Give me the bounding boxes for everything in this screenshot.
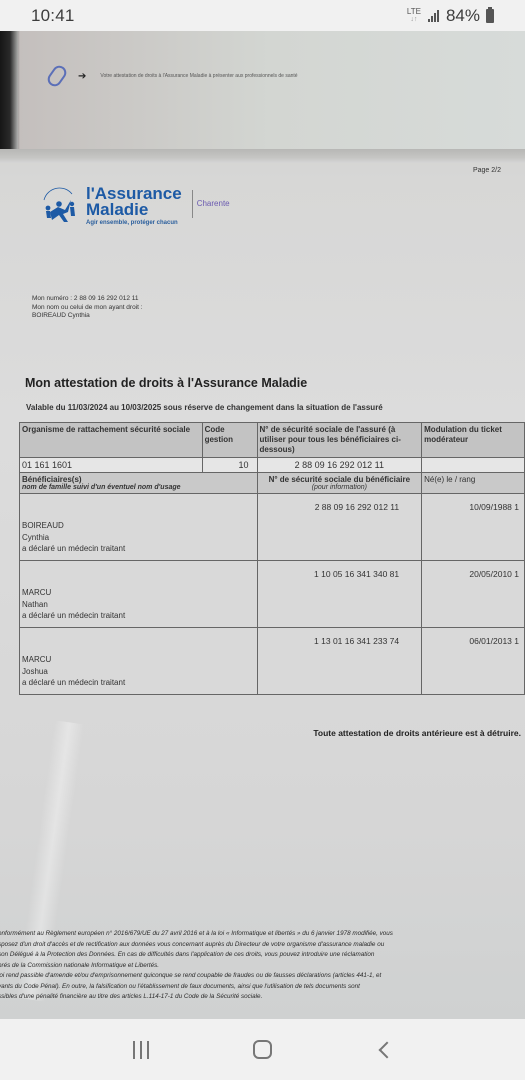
running-figures-icon [38,186,80,228]
legal-line: vants du Code Pénal). En outre, la falsi… [0,982,525,993]
beneficiary-note: a déclaré un médecin traitant [22,610,255,622]
table-values-row: 01 161 1601 10 2 88 09 16 292 012 11 [20,458,525,473]
header-code-gestion: Code gestion [202,423,257,458]
recent-apps-button[interactable] [121,1030,161,1070]
value-organisme: 01 161 1601 [20,458,203,473]
beneficiary-note: a déclaré un médecin traitant [22,677,255,689]
table-row: BOIREAUDCynthiaa déclaré un médecin trai… [20,494,525,561]
photo-dark-edge [0,31,20,156]
status-time: 10:41 [31,6,75,26]
destroy-note: Toute attestation de droits antérieure e… [313,728,521,738]
home-button[interactable] [242,1030,282,1070]
beneficiary-name-cell: BOIREAUDCynthiaa déclaré un médecin trai… [20,494,258,561]
value-nss-assure: 2 88 09 16 292 012 11 [257,458,422,473]
insured-number: Mon numéro : 2 88 09 16 292 012 11 [32,295,143,304]
beneficiary-first-name: Nathan [22,599,255,611]
legal-line: ssibles d'une pénalité financière au tit… [0,992,525,1003]
holder-name: BOIREAUD Cynthia [32,312,143,321]
value-modulation [422,458,525,473]
header-nss-assure: N° de sécurité sociale de l'assuré (à ut… [257,423,422,458]
header-modulation: Modulation du ticket modérateur [422,423,525,458]
header-organisme: Organisme de rattachement sécurité socia… [20,423,203,458]
assurance-maladie-logo: l'Assurance Maladie Agir ensemble, proté… [38,186,230,228]
legal-line: sposez d'un droit d'accès et de rectific… [0,940,525,951]
battery-percent: 84% [446,6,480,26]
beneficiary-dob-rank: 20/05/2010 1 [422,561,525,628]
beneficiary-nss-header: N° de sécurité sociale du bénéficiaire (… [257,473,422,494]
beneficiary-nss: 1 10 05 16 341 340 81 [257,561,422,628]
home-icon [253,1040,272,1059]
document-photo[interactable]: ➔ Votre attestation de droits à l'Assura… [0,31,525,1019]
battery-icon [486,9,494,23]
rights-table: Organisme de rattachement sécurité socia… [19,422,525,695]
logo-region: Charente [197,199,230,208]
table-row: MARCUNathana déclaré un médecin traitant… [20,561,525,628]
beneficiary-dob-rank: 06/01/2013 1 [422,628,525,695]
logo-divider [192,190,193,218]
page-fold [0,149,525,163]
identity-block: Mon numéro : 2 88 09 16 292 012 11 Mon n… [32,295,143,321]
back-icon [379,1041,396,1058]
beneficiary-last-name: BOIREAUD [22,520,255,532]
beneficiary-nss: 1 13 01 16 341 233 74 [257,628,422,695]
signal-icon [428,10,439,22]
legal-line: onformément au Règlement européen n° 201… [0,929,525,940]
beneficiary-nss: 2 88 09 16 292 012 11 [257,494,422,561]
previous-page-sheet [18,31,525,151]
beneficiaries-sublabel: nom de famille suivi d'un éventuel nom d… [22,484,255,491]
beneficiaries-header-row: Bénéficiaires(s) nom de famille suivi d'… [20,473,525,494]
dob-rank-header: Né(e) le / rang [422,473,525,494]
beneficiary-first-name: Joshua [22,666,255,678]
legal-line: prés de la Commission nationale Informat… [0,961,525,972]
lte-icon: LTE↓↑ [407,8,421,24]
network-label: LTE [407,7,421,16]
holder-label: Mon nom ou celui de mon ayant droit : [32,304,143,313]
legal-notice: onformément au Règlement européen n° 201… [0,929,525,1003]
clip-note-row: ➔ Votre attestation de droits à l'Assura… [50,65,298,87]
beneficiary-name-cell: MARCUNathana déclaré un médecin traitant [20,561,258,628]
page-number: Page 2/2 [473,167,501,174]
logo-wordmark: l'Assurance Maladie Agir ensemble, proté… [86,186,182,226]
beneficiary-nss-sublabel: (pour information) [260,484,420,491]
legal-line: loi rend passible d'amende et/ou d'empri… [0,971,525,982]
beneficiaries-header: Bénéficiaires(s) nom de famille suivi d'… [20,473,258,494]
legal-line: son Délégué à la Protection des Données.… [0,950,525,961]
beneficiary-nss-label: N° de sécurité sociale du bénéficiaire [269,475,410,484]
clip-note: Votre attestation de droits à l'Assuranc… [100,73,297,79]
validity-period: Valable du 11/03/2024 au 10/03/2025 sous… [26,403,383,412]
status-indicators: LTE↓↑ 84% [407,6,494,26]
logo-line2: Maladie [86,202,182,218]
status-bar: 10:41 LTE↓↑ 84% [0,0,525,31]
document-title: Mon attestation de droits à l'Assurance … [25,376,307,390]
beneficiary-last-name: MARCU [22,587,255,599]
beneficiaries-label: Bénéficiaires(s) [22,475,82,484]
beneficiary-last-name: MARCU [22,654,255,666]
recent-apps-icon [133,1041,149,1059]
beneficiary-first-name: Cynthia [22,532,255,544]
table-header-row: Organisme de rattachement sécurité socia… [20,423,525,458]
back-button[interactable] [364,1030,404,1070]
value-code-gestion: 10 [202,458,257,473]
beneficiary-note: a déclaré un médecin traitant [22,543,255,555]
logo-tagline: Agir ensemble, protéger chacun [86,220,182,226]
beneficiary-name-cell: MARCUJoshuaa déclaré un médecin traitant [20,628,258,695]
table-row: MARCUJoshuaa déclaré un médecin traitant… [20,628,525,695]
beneficiaries-body: BOIREAUDCynthiaa déclaré un médecin trai… [20,494,525,695]
beneficiary-dob-rank: 10/09/1988 1 [422,494,525,561]
navigation-bar [0,1019,525,1080]
arrow-right-icon: ➔ [78,71,86,82]
